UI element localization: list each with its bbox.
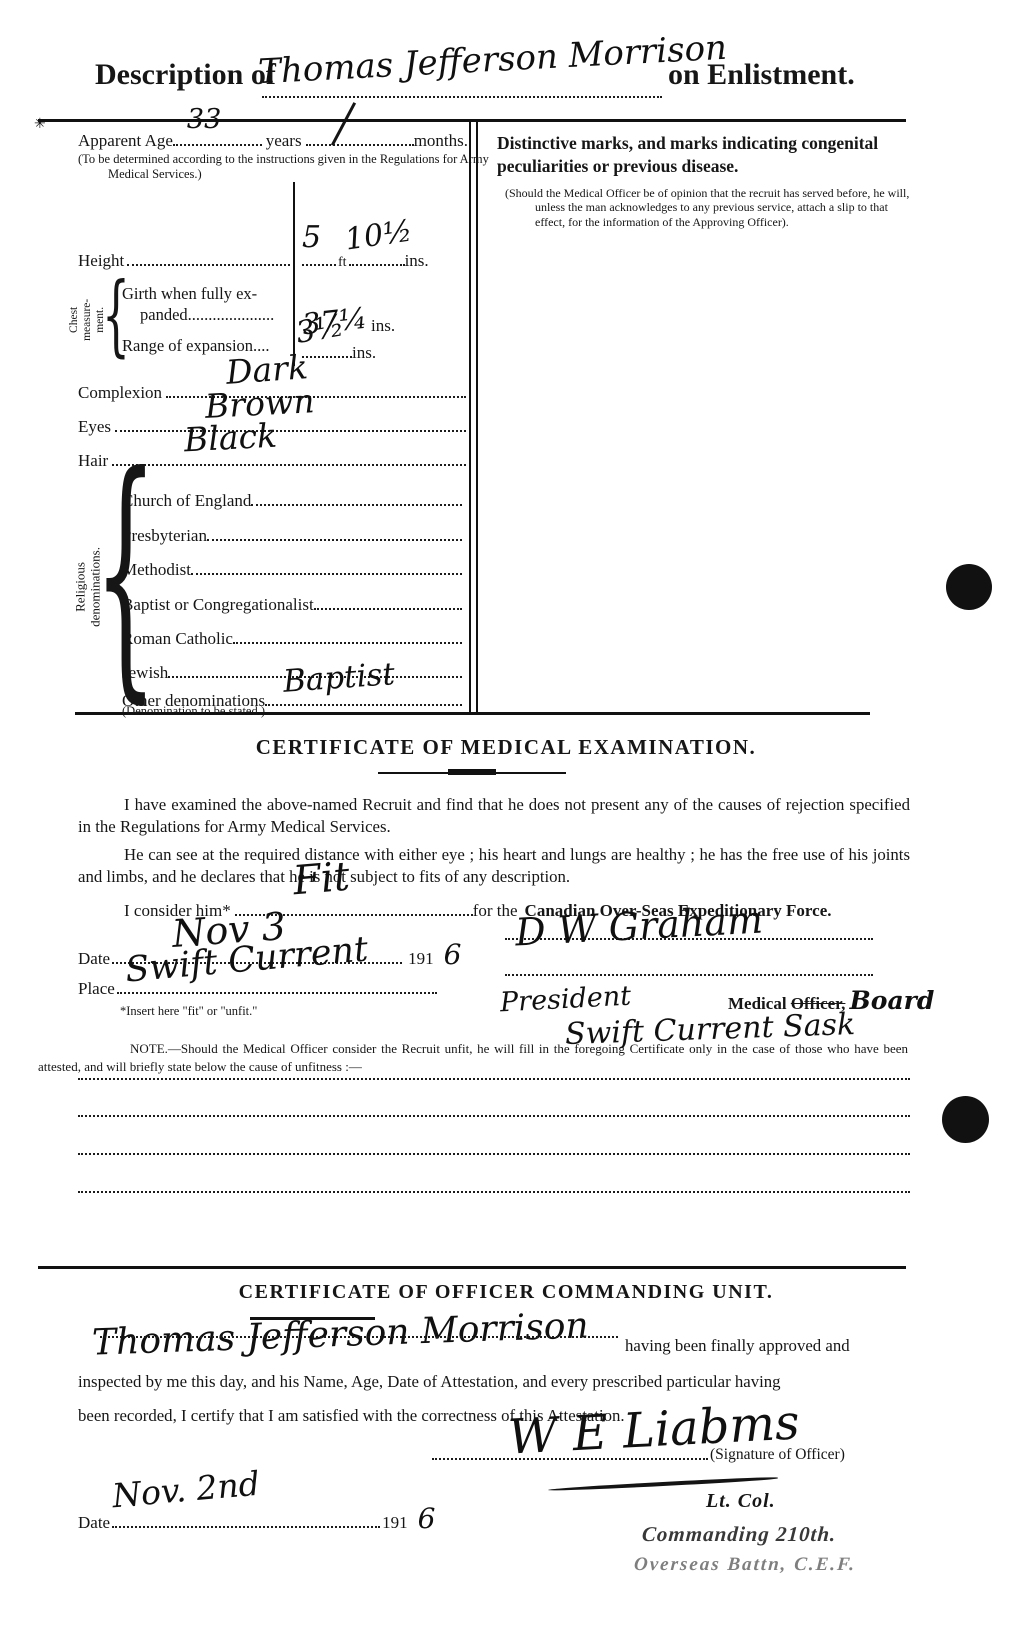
years-label: years bbox=[262, 131, 302, 151]
apparent-age-value: 33 bbox=[187, 104, 221, 135]
title-name-underline bbox=[262, 96, 662, 98]
medical-year-prefix: 191 bbox=[402, 949, 434, 969]
medical-year-value: 6 bbox=[434, 938, 462, 971]
medical-paragraph-2: He can see at the required distance with… bbox=[78, 844, 910, 887]
denomination-field bbox=[191, 555, 462, 575]
range-field: 3½ bbox=[302, 338, 352, 358]
girth-ins-label: ins. bbox=[367, 316, 395, 336]
unfitness-blank-line bbox=[78, 1078, 910, 1080]
denomination-baptist-congregationalist: Baptist or Congregationalist bbox=[122, 595, 314, 615]
apparent-age-field: 33 bbox=[173, 126, 262, 146]
officer-rank: Lt. Col. bbox=[706, 1490, 776, 1513]
denomination-field bbox=[314, 590, 462, 610]
height-ins-field: 10½ bbox=[349, 246, 405, 266]
officer-year-value: 6 bbox=[408, 1502, 436, 1535]
officer-signature-caption: (Signature of Officer) bbox=[710, 1446, 845, 1464]
range-ins-label: ins. bbox=[352, 343, 376, 363]
denomination-field bbox=[251, 486, 462, 506]
medical-date-label: Date bbox=[78, 949, 110, 969]
officer-body-line2: inspected by me this day, and his Name, … bbox=[78, 1372, 913, 1392]
commanding-stamp-line2: Overseas Battn, C.E.F. bbox=[633, 1554, 857, 1576]
page-title-prefix: Description of bbox=[95, 58, 276, 92]
other-denominations-value: Baptist bbox=[282, 656, 396, 700]
hair-field: Black bbox=[112, 446, 466, 466]
other-denominations-field: Baptist bbox=[265, 686, 462, 706]
hole-punch-bottom bbox=[942, 1096, 989, 1143]
unfitness-blank-line bbox=[78, 1191, 910, 1193]
medical-paragraph-1: I have examined the above-named Recruit … bbox=[78, 794, 910, 837]
denomination-row: Roman Catholic bbox=[122, 624, 462, 649]
recruit-name-signature-2: Thomas Jefferson Morrison bbox=[91, 1305, 589, 1363]
medical-place-label: Place bbox=[78, 979, 115, 999]
hair-value: Black bbox=[183, 416, 278, 460]
medical-certificate-heading: CERTIFICATE OF MEDICAL EXAMINATION. bbox=[0, 735, 1012, 760]
medical-note-paragraph: NOTE.—Should the Medical Officer conside… bbox=[38, 1040, 908, 1075]
denomination-church-of-england: Church of England bbox=[122, 491, 251, 511]
denomination-row: Church of England bbox=[122, 486, 462, 511]
insert-fit-note: *Insert here "fit" or "unfit." bbox=[120, 1004, 257, 1019]
recruit-name-line bbox=[100, 1336, 618, 1338]
denomination-roman-catholic: Roman Catholic bbox=[122, 629, 233, 649]
unfitness-blank-line bbox=[78, 1115, 910, 1117]
height-ft-field: 5 bbox=[302, 246, 336, 266]
complexion-label: Complexion bbox=[78, 383, 162, 403]
consider-value: Fit bbox=[291, 854, 351, 905]
apparent-age-note: (To be determined according to the instr… bbox=[78, 152, 504, 182]
page-title-suffix: on Enlistment. bbox=[668, 58, 855, 92]
consider-for-text: for the bbox=[473, 901, 518, 921]
height-leader bbox=[127, 246, 290, 266]
distinctive-marks-note: (Should the Medical Officer be of opinio… bbox=[505, 186, 919, 229]
commanding-stamp-line1: Commanding 210th. bbox=[641, 1522, 837, 1547]
officer-date-label: Date bbox=[78, 1513, 110, 1533]
height-value-row: 5 ft 10½ ins. bbox=[302, 246, 462, 271]
range-value-row: 3½ ins. bbox=[302, 338, 376, 363]
medical-place-field: Swift Current bbox=[117, 974, 437, 994]
enlistment-description-form: ✳ Description of Thomas Jefferson Morris… bbox=[0, 0, 1012, 1632]
recruit-name-signature: Thomas Jefferson Morrison bbox=[257, 28, 728, 92]
unfitness-blank-line bbox=[78, 1153, 910, 1155]
months-field bbox=[306, 126, 414, 146]
height-ft-value: 5 bbox=[302, 220, 321, 255]
girth-label-line1: Girth when fully ex- bbox=[122, 284, 257, 303]
ins-label: ins. bbox=[405, 251, 429, 271]
examiner-role-handwritten: President bbox=[499, 981, 631, 1019]
denomination-field bbox=[207, 521, 462, 541]
denomination-field bbox=[233, 624, 462, 644]
denomination-row: Methodist bbox=[122, 555, 462, 580]
denomination-presbyterian: Presbyterian bbox=[122, 526, 207, 546]
denomination-row: Baptist or Congregationalist bbox=[122, 590, 462, 615]
apparent-age-label: Apparent Age bbox=[78, 131, 173, 151]
officer-section-rule bbox=[38, 1266, 906, 1269]
officer-year-prefix: 191 bbox=[380, 1513, 408, 1533]
officer-certificate-heading: CERTIFICATE OF OFFICER COMMANDING UNIT. bbox=[0, 1281, 1012, 1304]
other-denominations-note: (Denomination to be stated.) bbox=[122, 704, 265, 719]
medical-heading-divider-center bbox=[448, 769, 496, 775]
girth-label-line2: panded..................... bbox=[122, 305, 274, 324]
denomination-methodist: Methodist bbox=[122, 560, 191, 580]
apparent-age-row: Apparent Age 33 years months. bbox=[78, 126, 468, 151]
ft-label: ft bbox=[336, 255, 349, 271]
medical-place-row: Place Swift Current bbox=[78, 974, 437, 999]
examiner-role-line bbox=[505, 974, 873, 976]
eyes-field: Brown bbox=[115, 412, 466, 432]
months-label: months. bbox=[414, 131, 468, 151]
hole-punch-top bbox=[946, 564, 992, 610]
denomination-row: Presbyterian bbox=[122, 521, 462, 546]
approved-text: having been finally approved and bbox=[625, 1336, 850, 1356]
officer-signature-line bbox=[432, 1458, 708, 1460]
denomination-jewish: Jewish bbox=[122, 663, 168, 683]
range-value: 3½ bbox=[293, 308, 347, 351]
height-ins-value: 10½ bbox=[342, 213, 413, 257]
column-divider bbox=[469, 122, 478, 712]
distinctive-marks-heading: Distinctive marks, and marks indicating … bbox=[497, 132, 889, 178]
board-handwritten: Board bbox=[850, 986, 935, 1015]
girth-label: Girth when fully ex- panded.............… bbox=[122, 284, 294, 325]
